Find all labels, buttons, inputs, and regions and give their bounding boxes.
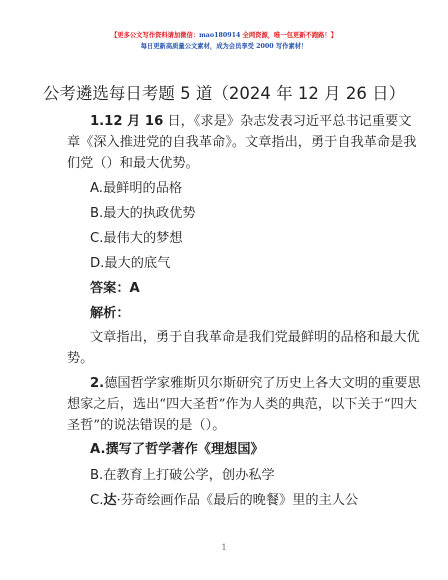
option-letter: B. [90, 468, 103, 483]
question-2-stem-line-2: 想家之后，选出“四大圣哲”作为人类的典范，以下关于“四大 [67, 393, 417, 412]
question-1-number: 1.12 月 16 [90, 114, 163, 129]
document-page: 【更多公文写作资料请加微信：mao180914 全网资源，唯一包更新不跑路！】 … [0, 0, 448, 580]
question-1-analysis-label: 解析： [90, 302, 130, 321]
option-text: 在教育上打破公学，创办私学 [103, 468, 274, 483]
promo-text-suffix: 全网资源，唯一包更新不跑路！】 [240, 32, 337, 39]
option-letter: A. [90, 442, 105, 457]
question-1-option-b: B.最大的执政优势 [90, 202, 196, 221]
promo-text: 【更多公文写作资料请加微信： [111, 32, 199, 39]
option-text: 最大的执政优势 [103, 206, 195, 221]
question-1-stem-line-2: 章《深入推进党的自我革命》。文章指出，勇于自我革命是我 [67, 131, 416, 150]
question-1-stem-line-3: 们党（）和最大优势。 [67, 152, 199, 171]
option-text: 最鲜明的品格 [103, 181, 182, 196]
option-text: 撰写了哲学著作《理想国》 [105, 442, 263, 457]
question-2-option-c: C.达·芬奇绘画作品《最后的晚餐》里的主人公 [90, 489, 358, 508]
option-text-bold: 达 [103, 493, 116, 508]
page-number: 1 [0, 543, 448, 552]
option-text: ·芬奇绘画作品《最后的晚餐》里的主人公 [117, 493, 359, 508]
question-2-number: 2. [90, 376, 104, 391]
option-text: 最伟大的梦想 [103, 231, 182, 246]
option-letter: B. [90, 206, 103, 221]
question-1-analysis-line-1: 文章指出，勇于自我革命是我们党最鲜明的品格和最大优 [90, 326, 420, 345]
question-1-option-a: A.最鲜明的品格 [90, 177, 182, 196]
promo-banner-line-2: 每日更新高质量公文素材，成为会员享受 2000 写作素材！ [0, 41, 448, 50]
question-2-option-b: B.在教育上打破公学，创办私学 [90, 464, 275, 483]
question-1-option-c: C.最伟大的梦想 [90, 227, 183, 246]
question-2-stem-line-3: 圣哲”的说法错误的是（）。 [67, 414, 225, 433]
question-2-option-a: A.撰写了哲学著作《理想国》 [90, 438, 264, 457]
option-letter: C. [90, 231, 103, 246]
option-letter: A. [90, 181, 103, 196]
question-1-analysis-line-2: 势。 [67, 347, 93, 366]
question-1-option-d: D.最大的底气 [90, 252, 170, 271]
question-1-answer: 答案：A [90, 277, 140, 296]
wechat-id: mao180914 [199, 32, 240, 39]
option-letter: C. [90, 493, 103, 508]
document-title: 公考遴选每日考题 5 道（2024 年 12 月 26 日） [0, 80, 448, 104]
promo-banner-line-1: 【更多公文写作资料请加微信：mao180914 全网资源，唯一包更新不跑路！】 [0, 30, 448, 39]
option-text: 最大的底气 [104, 256, 170, 271]
question-2-stem-line-1: 2.德国哲学家雅斯贝尔斯研究了历史上各大文明的重要思 [90, 372, 421, 391]
question-2-stem-text: 德国哲学家雅斯贝尔斯研究了历史上各大文明的重要思 [104, 376, 421, 391]
option-letter: D. [90, 256, 104, 271]
question-1-stem-text: 日，《求是》杂志发表习近平总书记重要文 [163, 114, 411, 129]
question-1-stem-line-1: 1.12 月 16 日，《求是》杂志发表习近平总书记重要文 [90, 110, 411, 129]
